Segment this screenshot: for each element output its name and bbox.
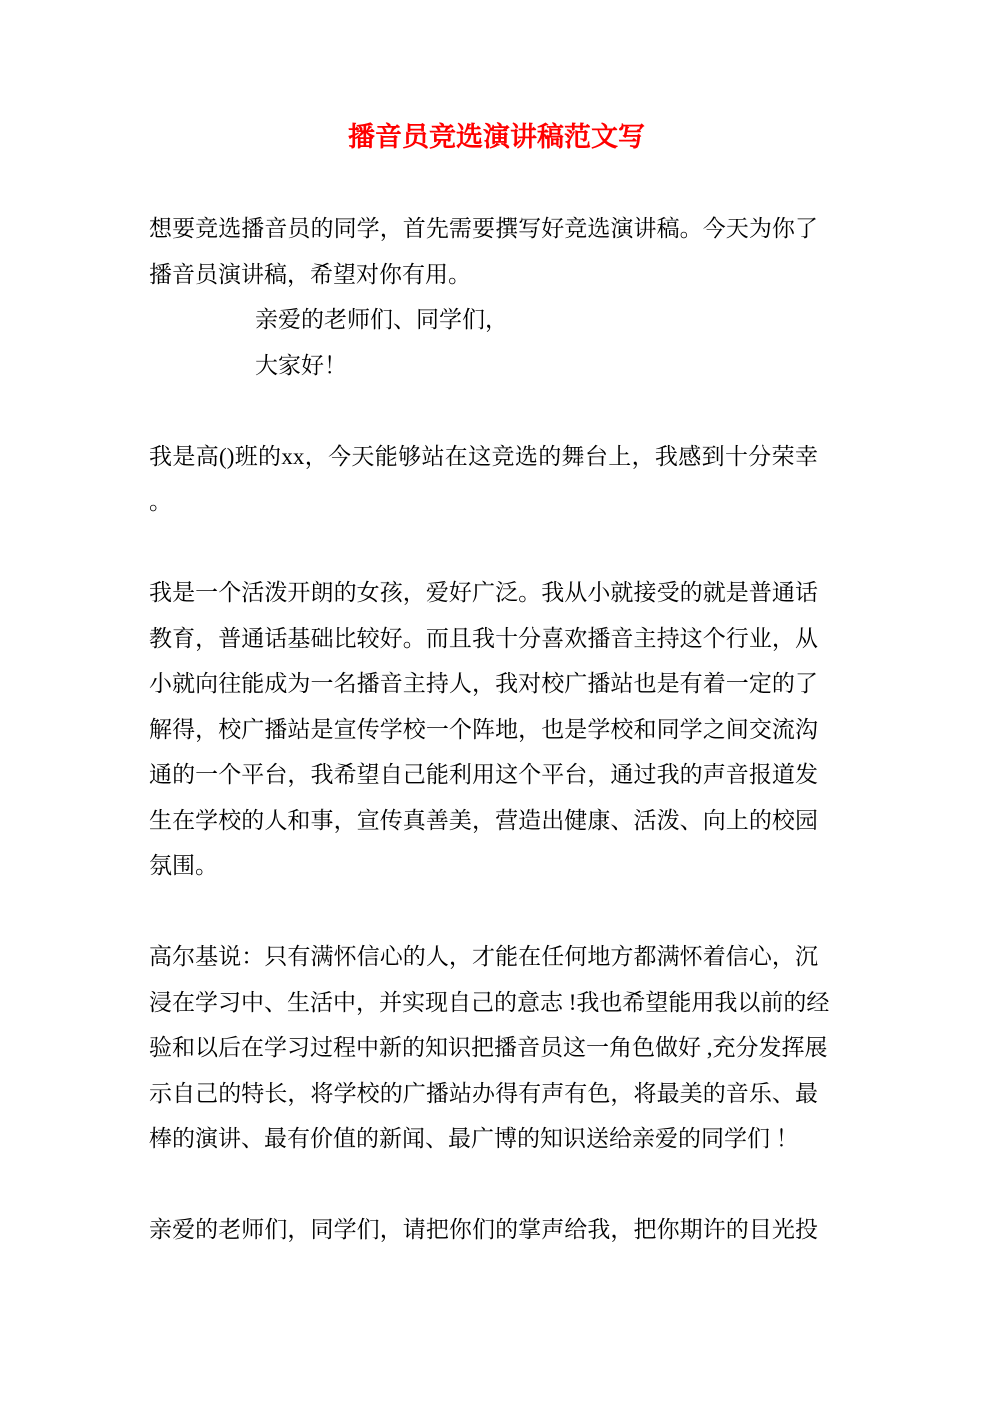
text-line: 亲爱的老师们，同学们，请把你们的掌声给我，把你期许的目光投 <box>149 1207 818 1253</box>
text-line: 示自己的特长，将学校的广播站办得有声有色，将最美的音乐、最 <box>149 1071 818 1117</box>
blank-line <box>149 388 818 434</box>
blank-line <box>149 1162 818 1208</box>
blank-line <box>149 525 818 571</box>
document-body: 想要竞选播音员的同学，首先需要撰写好竞选演讲稿。今天为你了播音员演讲稿，希望对你… <box>149 206 818 1253</box>
blank-line <box>149 889 818 935</box>
text-line: 浸在学习中、生活中，并实现自己的意志 !我也希望能用我以前的经 <box>149 980 818 1026</box>
text-line: 。 <box>149 479 818 525</box>
text-line: 通的一个平台，我希望自己能利用这个平台，通过我的声音报道发 <box>149 752 818 798</box>
text-line: 棒的演讲、最有价值的新闻、最广博的知识送给亲爱的同学们 ！ <box>149 1116 818 1162</box>
text-line: 高尔基说：只有满怀信心的人，才能在任何地方都满怀着信心，沉 <box>149 934 818 980</box>
text-line: 解得，校广播站是宣传学校一个阵地，也是学校和同学之间交流沟 <box>149 707 818 753</box>
text-line: 小就向往能成为一名播音主持人，我对校广播站也是有着一定的了 <box>149 661 818 707</box>
document-page: 播音员竞选演讲稿范文写 想要竞选播音员的同学，首先需要撰写好竞选演讲稿。今天为你… <box>0 0 993 1404</box>
document-title: 播音员竞选演讲稿范文写 <box>0 122 993 152</box>
text-line: 大家好！ <box>149 343 818 389</box>
text-line: 想要竞选播音员的同学，首先需要撰写好竞选演讲稿。今天为你了 <box>149 206 818 252</box>
text-line: 教育，普通话基础比较好。而且我十分喜欢播音主持这个行业，从 <box>149 616 818 662</box>
text-line: 播音员演讲稿，希望对你有用。 <box>149 252 818 298</box>
text-line: 氛围。 <box>149 843 818 889</box>
text-line: 验和以后在学习过程中新的知识把播音员这一角色做好 ,充分发挥展 <box>149 1025 818 1071</box>
text-line: 我是一个活泼开朗的女孩，爱好广泛。我从小就接受的就是普通话 <box>149 570 818 616</box>
text-line: 我是高()班的xx，今天能够站在这竞选的舞台上，我感到十分荣幸 <box>149 434 818 480</box>
text-line: 生在学校的人和事，宣传真善美，营造出健康、活泼、向上的校园 <box>149 798 818 844</box>
text-line: 亲爱的老师们、同学们， <box>149 297 818 343</box>
